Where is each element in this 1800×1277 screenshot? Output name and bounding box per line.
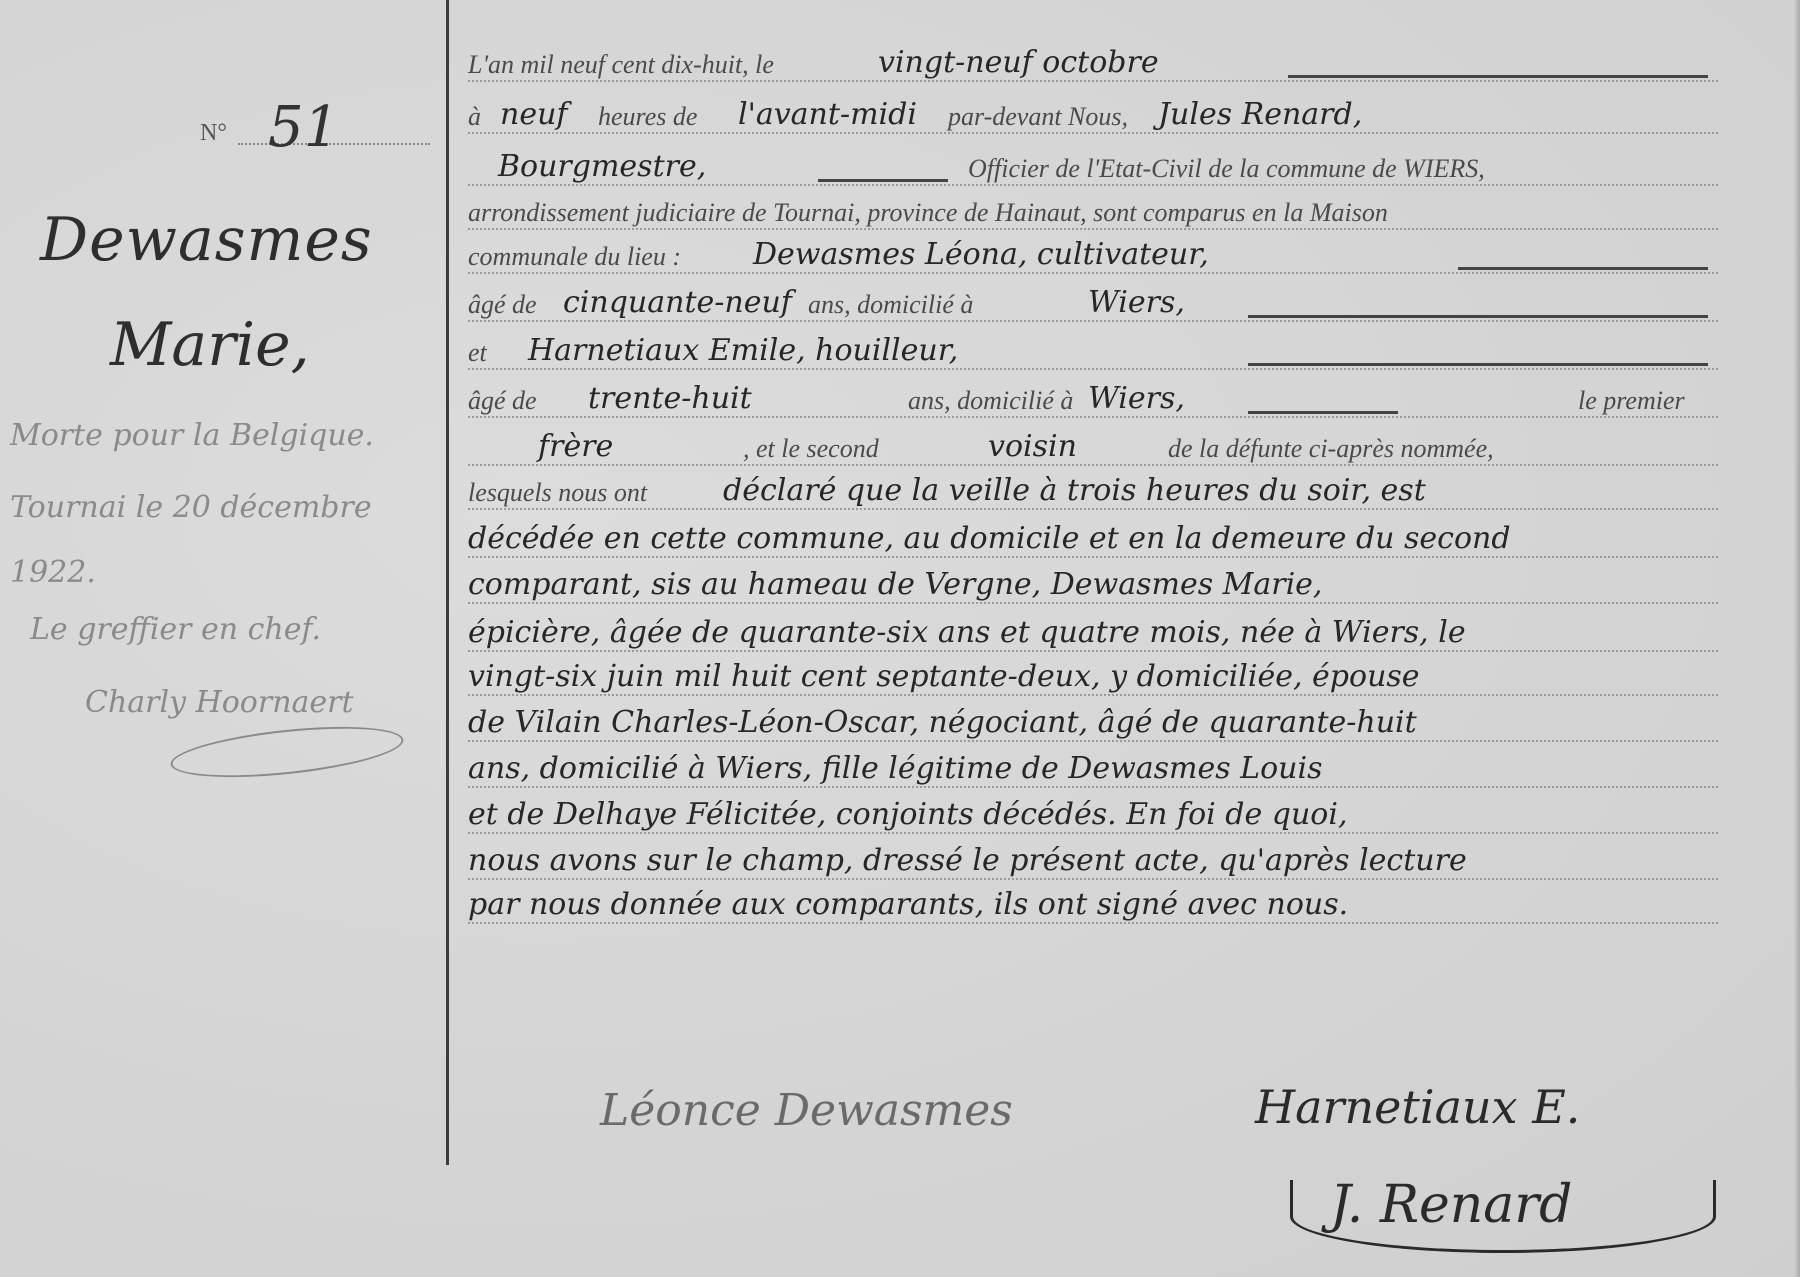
dotted-rule	[468, 650, 1718, 652]
dotted-rule	[468, 786, 1718, 788]
handwritten-entry: épicière, âgée de quarante-six ans et qu…	[468, 615, 1466, 650]
dotted-rule	[468, 602, 1718, 604]
margin-annotation-line: Morte pour la Belgique.	[10, 418, 374, 453]
handwritten-entry: frère	[538, 429, 613, 464]
handwritten-entry: neuf	[500, 97, 568, 132]
record-line: etHarnetiaux Emile, houilleur,	[468, 328, 1718, 378]
filler-dash	[1288, 75, 1708, 78]
handwritten-entry: trente-huit	[588, 381, 752, 416]
margin-given-name: Marie,	[110, 310, 310, 380]
signature-declarant-2: Harnetiaux E.	[1255, 1080, 1580, 1134]
dotted-rule	[468, 416, 1718, 418]
record-line: épicière, âgée de quarante-six ans et qu…	[468, 610, 1718, 660]
dotted-rule	[468, 80, 1718, 82]
filler-dash	[818, 179, 948, 182]
printed-text: heures de	[598, 102, 697, 132]
handwritten-entry: Dewasmes Léona, cultivateur,	[753, 237, 1209, 272]
handwritten-entry: nous avons sur le champ, dressé le prése…	[468, 843, 1467, 878]
act-number: 51	[268, 95, 339, 160]
handwritten-entry: comparant, sis au hameau de Vergne, Dewa…	[468, 567, 1322, 602]
dotted-rule	[468, 368, 1718, 370]
handwritten-entry: voisin	[988, 429, 1077, 464]
printed-text: par-devant Nous,	[948, 102, 1128, 132]
record-line: communale du lieu :Dewasmes Léona, culti…	[468, 232, 1718, 282]
dotted-rule	[468, 132, 1718, 134]
record-line: par nous donnée aux comparants, ils ont …	[468, 882, 1718, 932]
record-line: âgé detrente-huitans, domicilié àWiers,l…	[468, 376, 1718, 426]
printed-text: le premier	[1578, 386, 1685, 416]
handwritten-entry: de Vilain Charles-Léon-Oscar, négociant,…	[468, 705, 1417, 740]
page-edge-shadow	[1794, 0, 1800, 1277]
printed-text: à	[468, 102, 481, 132]
handwritten-entry: décédée en cette commune, au domicile et…	[468, 521, 1511, 556]
dotted-rule	[468, 228, 1718, 230]
printed-text: arrondissement judiciaire de Tournai, pr…	[468, 198, 1388, 228]
record-line: de Vilain Charles-Léon-Oscar, négociant,…	[468, 700, 1718, 750]
printed-text: ans, domicilié à	[908, 386, 1073, 416]
handwritten-entry: vingt-neuf octobre	[878, 45, 1159, 80]
record-line: vingt-six juin mil huit cent septante-de…	[468, 654, 1718, 704]
handwritten-entry: par nous donnée aux comparants, ils ont …	[468, 887, 1348, 922]
record-line: L'an mil neuf cent dix-huit, levingt-neu…	[468, 40, 1718, 90]
dotted-rule	[468, 556, 1718, 558]
dotted-rule	[468, 508, 1718, 510]
printed-text: ans, domicilié à	[808, 290, 973, 320]
dotted-rule	[468, 832, 1718, 834]
record-line: comparant, sis au hameau de Vergne, Dewa…	[468, 562, 1718, 612]
handwritten-entry: et de Delhaye Félicitée, conjoints décéd…	[468, 797, 1348, 832]
record-line: et de Delhaye Félicitée, conjoints décéd…	[468, 792, 1718, 842]
record-line: arrondissement judiciaire de Tournai, pr…	[468, 188, 1718, 238]
handwritten-entry: Harnetiaux Emile, houilleur,	[528, 333, 958, 368]
handwritten-entry: l'avant-midi	[738, 97, 917, 132]
filler-dash	[1248, 363, 1708, 366]
dotted-rule	[468, 272, 1718, 274]
record-line: décédée en cette commune, au domicile et…	[468, 516, 1718, 566]
record-line: frère, et le secondvoisinde la défunte c…	[468, 424, 1718, 474]
dotted-rule	[468, 694, 1718, 696]
record-line: Bourgmestre,Officier de l'Etat-Civil de …	[468, 144, 1718, 194]
dotted-rule	[468, 878, 1718, 880]
dotted-rule	[468, 464, 1718, 466]
margin-annotation-line: Le greffier en chef.	[30, 612, 321, 647]
signature-flourish-icon	[168, 718, 405, 786]
printed-text: L'an mil neuf cent dix-huit, le	[468, 50, 774, 80]
handwritten-entry: ans, domicilié à Wiers, fille légitime d…	[468, 751, 1322, 786]
document-page: N° 51 Dewasmes Marie, Morte pour la Belg…	[0, 0, 1800, 1277]
printed-text: et	[468, 338, 487, 368]
margin-surname: Dewasmes	[40, 205, 373, 275]
printed-text: de la défunte ci-après nommée,	[1168, 434, 1494, 464]
signature-flourish-icon	[1290, 1180, 1716, 1253]
filler-dash	[1458, 267, 1708, 270]
act-number-label: N°	[200, 120, 227, 147]
handwritten-entry: Wiers,	[1088, 381, 1185, 416]
handwritten-entry: cinquante-neuf	[563, 285, 792, 320]
printed-text: âgé de	[468, 386, 537, 416]
printed-text: , et le second	[743, 434, 879, 464]
handwritten-entry: Bourgmestre,	[498, 149, 706, 184]
dotted-rule	[468, 922, 1718, 924]
record-line: ans, domicilié à Wiers, fille légitime d…	[468, 746, 1718, 796]
record-line: lesquels nous ontdéclaré que la veille à…	[468, 468, 1718, 518]
record-line: âgé decinquante-neufans, domicilié àWier…	[468, 280, 1718, 330]
margin-annotation-line: 1922.	[10, 555, 96, 590]
margin-annotation-signature: Charly Hoornaert	[85, 685, 354, 720]
printed-text: lesquels nous ont	[468, 478, 647, 508]
printed-text: âgé de	[468, 290, 537, 320]
dotted-rule	[468, 320, 1718, 322]
filler-dash	[1248, 411, 1398, 414]
margin-divider	[446, 0, 449, 1165]
margin-column: N° 51 Dewasmes Marie, Morte pour la Belg…	[0, 0, 446, 1277]
handwritten-entry: Wiers,	[1088, 285, 1185, 320]
record-line: nous avons sur le champ, dressé le prése…	[468, 838, 1718, 888]
handwritten-entry: vingt-six juin mil huit cent septante-de…	[468, 659, 1420, 694]
dotted-rule	[468, 740, 1718, 742]
filler-dash	[1248, 315, 1708, 318]
signature-declarant-1: Léonce Dewasmes	[600, 1085, 1013, 1136]
handwritten-entry: déclaré que la veille à trois heures du …	[723, 473, 1426, 508]
handwritten-entry: Jules Renard,	[1158, 97, 1362, 132]
printed-text: communale du lieu :	[468, 242, 681, 272]
record-line: àneufheures del'avant-midipar-devant Nou…	[468, 92, 1718, 142]
dotted-rule	[468, 184, 1718, 186]
margin-annotation-line: Tournai le 20 décembre	[10, 490, 372, 525]
printed-text: Officier de l'Etat-Civil de la commune d…	[968, 154, 1485, 184]
